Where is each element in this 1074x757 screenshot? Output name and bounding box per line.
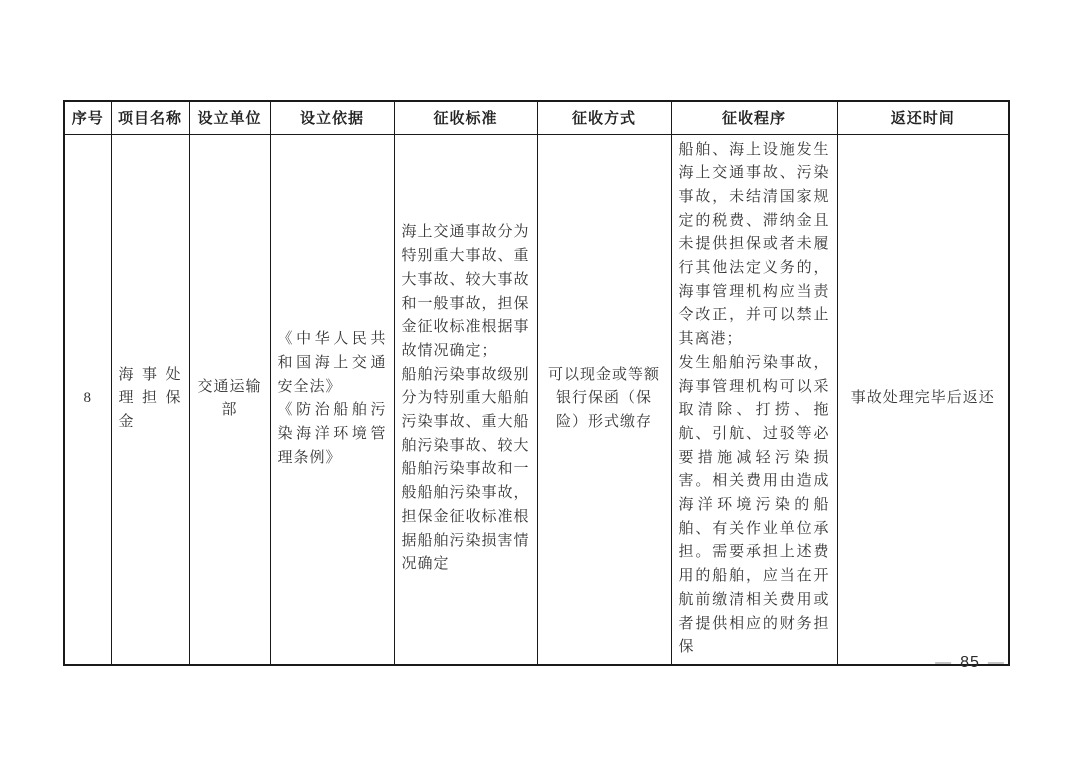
cell-return-time: 事故处理完毕后返还 [837, 134, 1009, 665]
page-number-left-dash: — [927, 654, 960, 671]
page-number-right-dash: — [980, 654, 1013, 671]
col-header-collection-standard: 征收标准 [394, 101, 537, 134]
col-header-collection-method: 征收方式 [537, 101, 671, 134]
col-header-return-time: 返还时间 [837, 101, 1009, 134]
col-header-project-name: 项目名称 [111, 101, 189, 134]
page-number-value: 85 [960, 654, 980, 671]
cell-project-name: 海事处理担保金 [111, 134, 189, 665]
cell-establishment-basis: 《中华人民共和国海上交通安全法》 《防治船舶污染海洋环境管理条例》 [270, 134, 394, 665]
page-number: —85— [900, 654, 1040, 672]
col-header-collection-procedure: 征收程序 [671, 101, 837, 134]
col-header-establishment-basis: 设立依据 [270, 101, 394, 134]
cell-collection-procedure: 船舶、海上设施发生海上交通事故、污染事故，未结清国家规定的税费、滞纳金且未提供担… [671, 134, 837, 665]
cell-collection-standard: 海上交通事故分为特别重大事故、重大事故、较大事故和一般事故，担保金征收标准根据事… [394, 134, 537, 665]
cell-collection-method: 可以现金或等额银行保函（保险）形式缴存 [537, 134, 671, 665]
table-header-row: 序号 项目名称 设立单位 设立依据 征收标准 征收方式 征收程序 返还时间 [64, 101, 1009, 134]
cell-seq: 8 [64, 134, 111, 665]
cell-establishing-unit: 交通运输部 [189, 134, 270, 665]
table-row: 8 海事处理担保金 交通运输部 《中华人民共和国海上交通安全法》 《防治船舶污染… [64, 134, 1009, 665]
document-page: 序号 项目名称 设立单位 设立依据 征收标准 征收方式 征收程序 返还时间 8 … [0, 0, 1074, 757]
col-header-establishing-unit: 设立单位 [189, 101, 270, 134]
col-header-seq: 序号 [64, 101, 111, 134]
fee-items-table: 序号 项目名称 设立单位 设立依据 征收标准 征收方式 征收程序 返还时间 8 … [63, 100, 1010, 666]
